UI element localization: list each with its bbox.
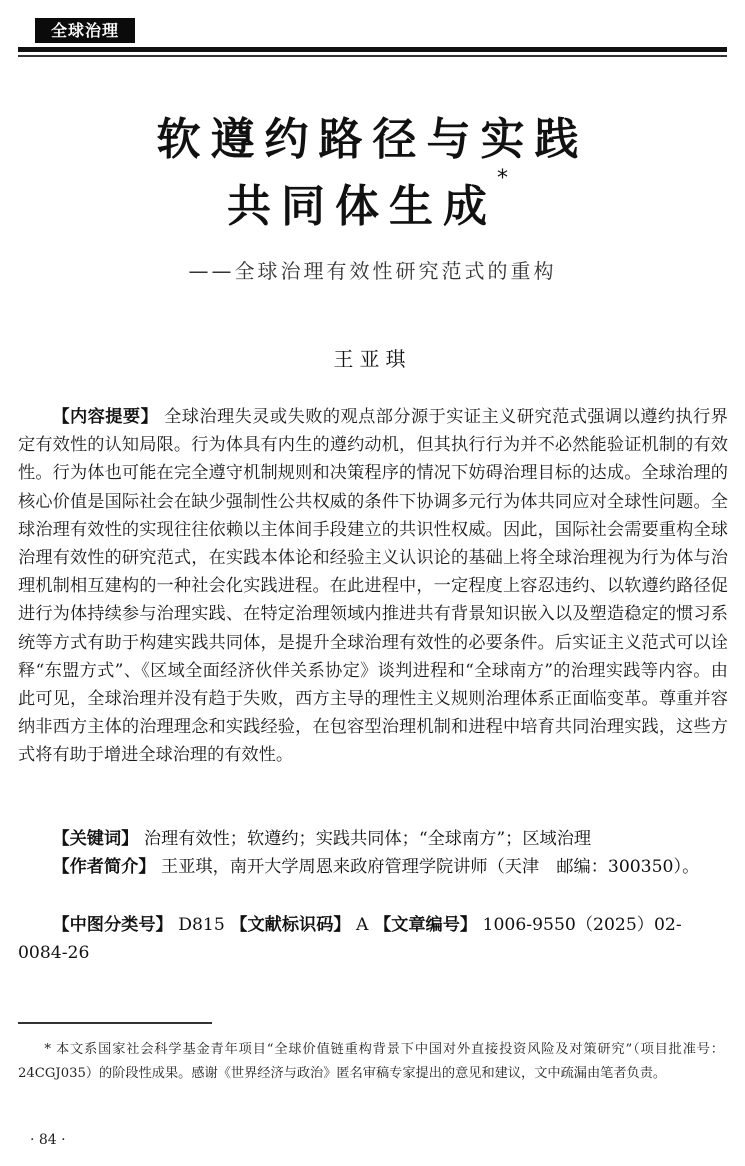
keywords: 【关键词】 治理有效性；软遵约；实践共同体；“全球南方”；区域治理 bbox=[18, 825, 728, 853]
keywords-label: 【关键词】 bbox=[52, 829, 138, 849]
title-footnote-mark: * bbox=[497, 166, 518, 191]
author-bio: 【作者简介】 王亚琪，南开大学周恩来政府管理学院讲师（天津 邮编：300350）… bbox=[18, 853, 728, 881]
header-rule-thin bbox=[18, 55, 727, 57]
author-bio-text: 王亚琪，南开大学周恩来政府管理学院讲师（天津 邮编：300350）。 bbox=[161, 857, 699, 877]
author-name: 王亚琪 bbox=[0, 343, 745, 372]
clc-label: 【中图分类号】 bbox=[52, 915, 172, 935]
page-number: · 84 · bbox=[30, 1132, 66, 1148]
section-tag: 全球治理 bbox=[35, 18, 135, 43]
article-title-line1: 软遵约路径与实践 bbox=[0, 103, 745, 167]
article-title-line2: 共同体生成* bbox=[0, 170, 745, 234]
title-line2-text: 共同体生成 bbox=[227, 181, 497, 232]
abstract: 【内容提要】 全球治理失灵或失败的观点部分源于实证主义研究范式强调以遵约执行界定… bbox=[18, 403, 728, 770]
abstract-text: 全球治理失灵或失败的观点部分源于实证主义研究范式强调以遵约执行界定有效性的认知局… bbox=[18, 407, 728, 765]
footnote-rule bbox=[18, 1022, 212, 1024]
clc-value: D815 bbox=[178, 915, 225, 935]
doc-code-value: A bbox=[356, 915, 368, 935]
article-subtitle: ——全球治理有效性研究范式的重构 bbox=[0, 255, 745, 284]
header-rule-thick bbox=[18, 47, 727, 52]
article-no-label: 【文章编号】 bbox=[374, 915, 477, 935]
abstract-label: 【内容提要】 bbox=[52, 407, 158, 427]
keywords-text: 治理有效性；软遵约；实践共同体；“全球南方”；区域治理 bbox=[144, 829, 591, 849]
classification: 【中图分类号】 D815 【文献标识码】 A 【文章编号】 1006-9550（… bbox=[18, 911, 728, 967]
footnote: * 本文系国家社会科学基金青年项目“全球价值链重构背景下中国对外直接投资风险及对… bbox=[18, 1038, 724, 1086]
author-bio-label: 【作者简介】 bbox=[52, 857, 155, 877]
doc-code-label: 【文献标识码】 bbox=[230, 915, 350, 935]
